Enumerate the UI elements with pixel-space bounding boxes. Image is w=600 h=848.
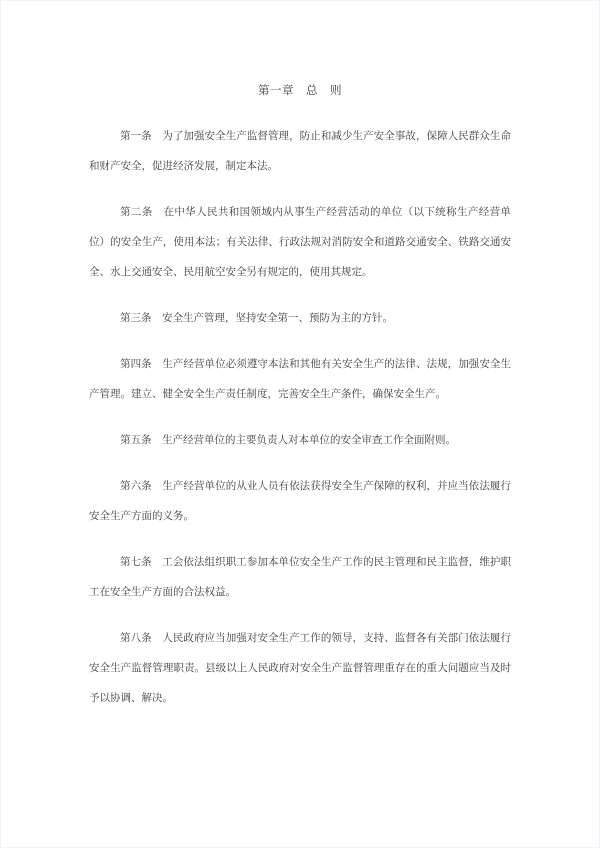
article-7-paragraph: 第七条 工会依法组织职工参加本单位安全生产工作的民主管理和民主监督，维护职工在安… [89, 548, 511, 608]
article-2-paragraph: 第二条 在中华人民共和国领域内从事生产经营活动的单位（以下统称生产经营单位）的安… [89, 198, 511, 288]
document-content: 第一章 总 则 第一条 为了加强安全生产监督管理，防止和减少生产安全事故，保障人… [1, 1, 599, 714]
article-6-paragraph: 第六条 生产经营单位的从业人员有依法获得安全生产保障的权利，并应当依法履行安全生… [89, 472, 511, 532]
article-1-paragraph: 第一条 为了加强安全生产监督管理，防止和减少生产安全事故，保障人民群众生命和财产… [89, 122, 511, 182]
article-3-paragraph: 第三条 安全生产管理，坚持安全第一、预防为主的方针。 [89, 304, 511, 334]
article-8-paragraph: 第八条 人民政府应当加强对安全生产工作的领导，支持、监督各有关部门依法履行安全生… [89, 624, 511, 714]
chapter-heading: 第一章 总 则 [89, 76, 511, 106]
article-5-paragraph: 第五条 生产经营单位的主要负责人对本单位的安全审查工作全面附则。 [89, 426, 511, 456]
document-page: 第一章 总 则 第一条 为了加强安全生产监督管理，防止和减少生产安全事故，保障人… [0, 0, 600, 848]
article-4-paragraph: 第四条 生产经营单位必须遵守本法和其他有关安全生产的法律、法规，加强安全生产管理… [89, 350, 511, 410]
